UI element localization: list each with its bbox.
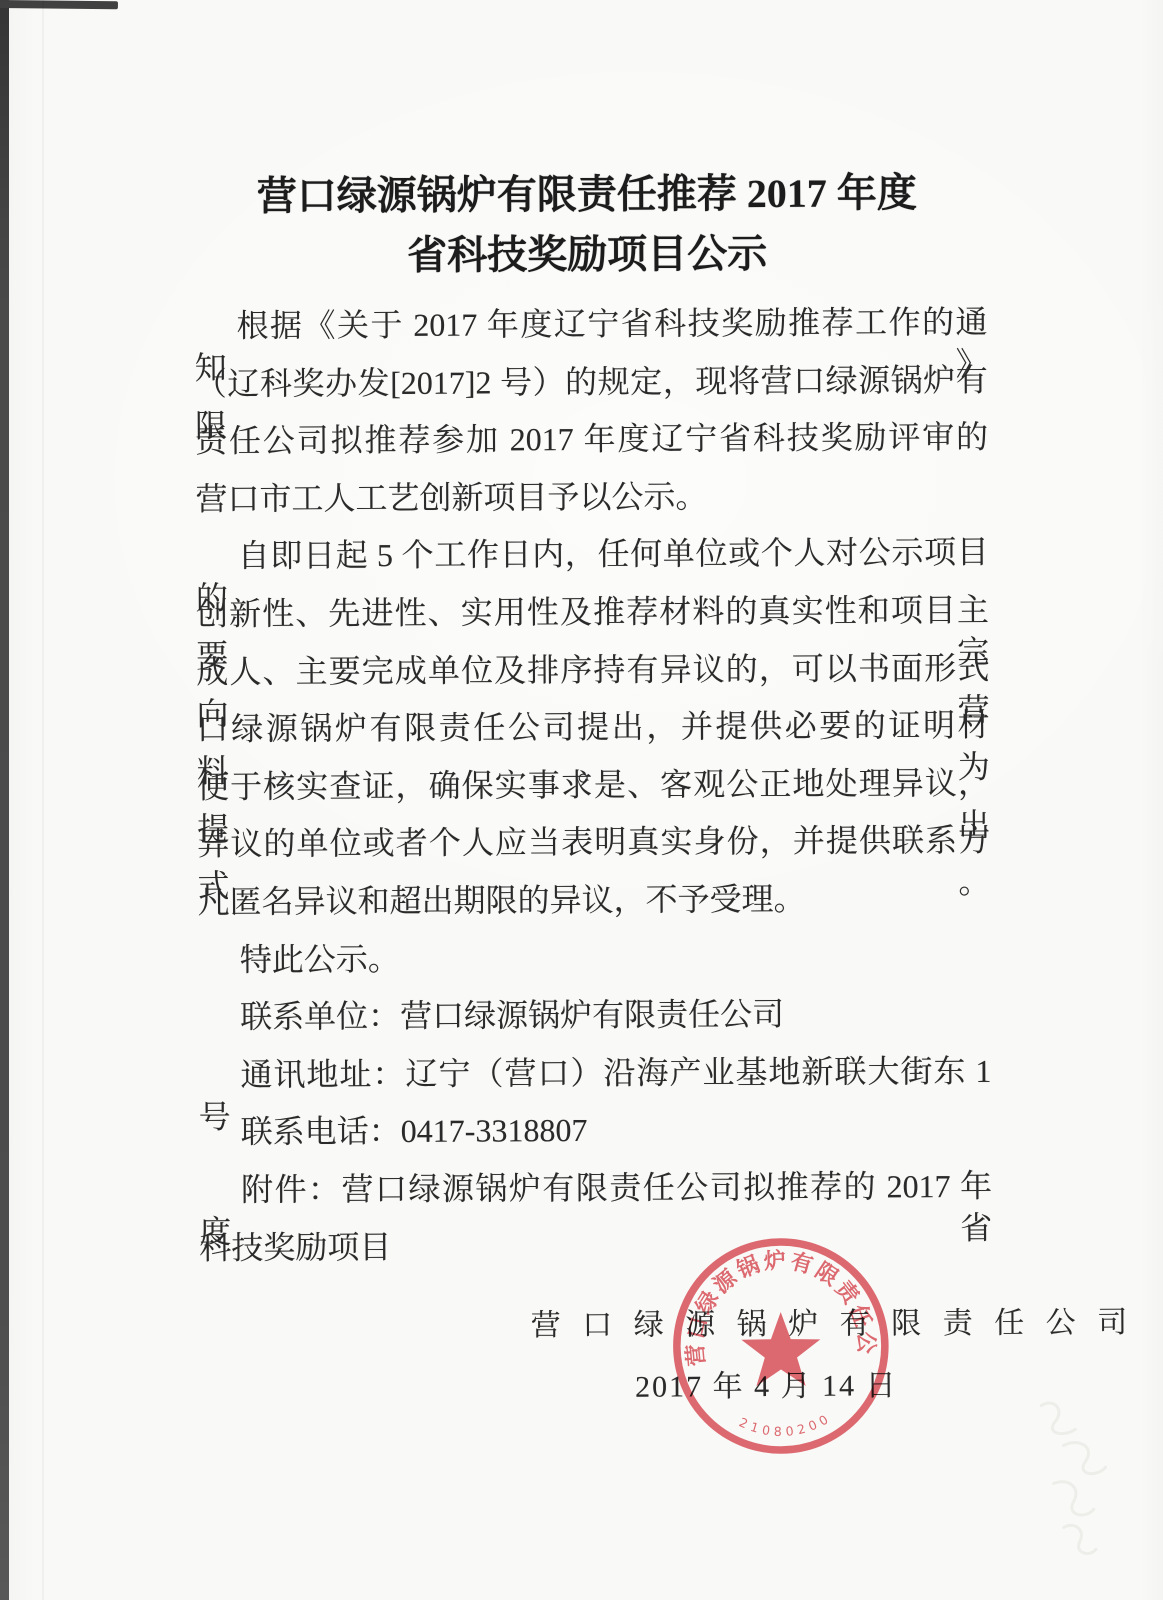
document-title-line2: 省科技奖励项目公示 <box>187 230 987 280</box>
company-seal: 营口绿源锅炉有限责任公司 2108020004834 <box>658 1223 903 1468</box>
body-line: 特此公示。 <box>198 935 991 981</box>
scanned-document-page: 营口绿源锅炉有限责任推荐 2017 年度 省科技奖励项目公示 根据《关于 201… <box>0 0 1163 1600</box>
body-line: 联系电话：0417-3318807 <box>199 1107 992 1153</box>
body-line: 责任公司拟推荐参加 2017 年度辽宁省科技奖励评审的 <box>195 416 988 462</box>
body-line: 凡匿名异议和超出期限的异议，不予受理。 <box>197 877 990 923</box>
body-line: 联系单位：营口绿源锅炉有限责任公司 <box>198 992 991 1038</box>
paper-impression-marks <box>993 1387 1144 1578</box>
seal-star-icon <box>741 1312 820 1386</box>
document-content: 营口绿源锅炉有限责任推荐 2017 年度 省科技奖励项目公示 根据《关于 201… <box>0 0 1163 1600</box>
document-title-line1: 营口绿源锅炉有限责任推荐 2017 年度 <box>187 170 987 220</box>
body-line: 营口市工人工艺创新项目予以公示。 <box>195 474 988 520</box>
